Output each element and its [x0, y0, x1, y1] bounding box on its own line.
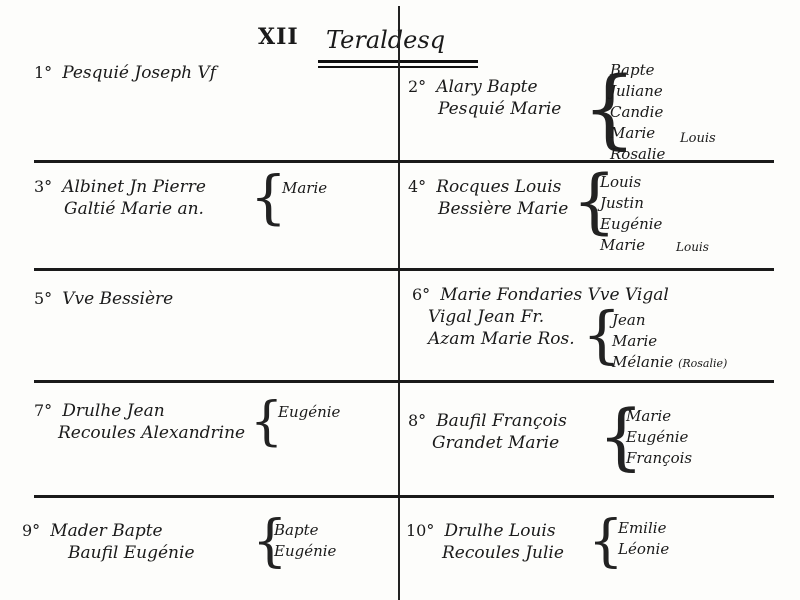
row-divider-4: [34, 495, 774, 498]
child-name: Eugénie: [626, 427, 692, 448]
child-name: Marie: [600, 235, 662, 256]
spouse-name: Azam Marie Ros.: [428, 329, 575, 349]
child-name: Bapte: [274, 520, 336, 541]
children-list: Jean Marie Mélanie (Rosalie): [612, 310, 727, 374]
entry-number: 3°: [34, 176, 52, 198]
children-list: Bapte Juliane Candie Marie Rosalie: [610, 60, 665, 165]
entry-number: 2°: [408, 76, 426, 98]
entry-number: 9°: [22, 520, 40, 542]
child-name: Marie: [626, 406, 692, 427]
head-name: Alary Bapte: [436, 77, 537, 97]
household-entry-2: 2°Alary Bapte Pesquié Marie: [408, 76, 561, 120]
children-list: Louis Justin Eugénie Marie: [600, 172, 662, 256]
child-name: Juliane: [610, 81, 665, 102]
child-name: Léonie: [618, 539, 669, 560]
child-name: Emilie: [618, 518, 669, 539]
child-name: Marie: [610, 123, 665, 144]
children-list: Emilie Léonie: [618, 518, 669, 560]
child-name: Marie: [282, 178, 327, 199]
head-name: Rocques Louis: [436, 177, 561, 197]
head-name: Pesquié Joseph Vf: [62, 63, 216, 83]
entry-number: 4°: [408, 176, 426, 198]
entry-number: 6°: [412, 284, 430, 306]
child-name: Mélanie: [612, 353, 673, 371]
child-name: Rosalie: [610, 144, 665, 165]
household-entry-1: 1°Pesquié Joseph Vf: [34, 62, 216, 84]
household-entry-10: 10°Drulhe Louis Recoules Julie: [406, 520, 564, 564]
head-name: Drulhe Jean: [62, 401, 165, 421]
household-entry-7: 7°Drulhe Jean Recoules Alexandrine: [34, 400, 245, 444]
household-entry-4: 4°Rocques Louis Bessière Marie: [408, 176, 568, 220]
head-name: Vve Bessière: [62, 289, 173, 309]
child-name: Bapte: [610, 60, 665, 81]
entry-number: 10°: [406, 520, 434, 542]
children-list: Bapte Eugénie: [274, 520, 336, 562]
head-name: Mader Bapte: [50, 521, 162, 541]
child-note: Louis: [680, 128, 716, 149]
head-name: Albinet Jn Pierre: [62, 177, 206, 197]
child-note: (Rosalie): [678, 357, 727, 370]
entry-number: 8°: [408, 410, 426, 432]
child-name: Marie: [612, 331, 727, 352]
spouse-name: Baufil Eugénie: [68, 543, 195, 563]
column-divider: [398, 6, 400, 600]
child-name: Eugénie: [274, 541, 336, 562]
entry-number: 5°: [34, 288, 52, 310]
child-name: Louis: [600, 172, 662, 193]
household-entry-8: 8°Baufil François Grandet Marie: [408, 410, 567, 454]
child-name: Justin: [600, 193, 662, 214]
spouse-name: Galtié Marie an.: [64, 199, 204, 219]
child-name: Eugénie: [600, 214, 662, 235]
child-name: François: [626, 448, 692, 469]
entry-number: 1°: [34, 62, 52, 84]
household-entry-3: 3°Albinet Jn Pierre Galtié Marie an.: [34, 176, 206, 220]
section-number: XII: [258, 24, 299, 50]
children-list: Marie: [282, 178, 327, 199]
head-name: Marie Fondaries Vve Vigal: [440, 285, 669, 305]
household-entry-5: 5°Vve Bessière: [34, 288, 173, 310]
row-divider-3: [34, 380, 774, 383]
register-page: XII Teraldesq 1°Pesquié Joseph Vf 2°Alar…: [0, 0, 800, 600]
spouse-name: Pesquié Marie: [438, 99, 561, 119]
entry-number: 7°: [34, 400, 52, 422]
place-name: Teraldesq: [326, 26, 445, 54]
household-entry-9: 9°Mader Bapte Baufil Eugénie: [22, 520, 195, 564]
child-name: Candie: [610, 102, 665, 123]
row-divider-2: [34, 268, 774, 271]
child-note: Louis: [676, 237, 709, 258]
child-name: Jean: [612, 310, 727, 331]
spouse-name: Recoules Julie: [442, 543, 564, 563]
children-list: Eugénie: [278, 402, 340, 423]
children-list: Marie Eugénie François: [626, 406, 692, 469]
head-name: Baufil François: [436, 411, 567, 431]
head-name: Drulhe Louis: [444, 521, 555, 541]
spouse-name: Recoules Alexandrine: [58, 423, 245, 443]
spouse-name: Grandet Marie: [432, 433, 559, 453]
child-name: Eugénie: [278, 402, 340, 423]
spouse-name: Bessière Marie: [438, 199, 568, 219]
spouse-name: Vigal Jean Fr.: [428, 307, 544, 327]
